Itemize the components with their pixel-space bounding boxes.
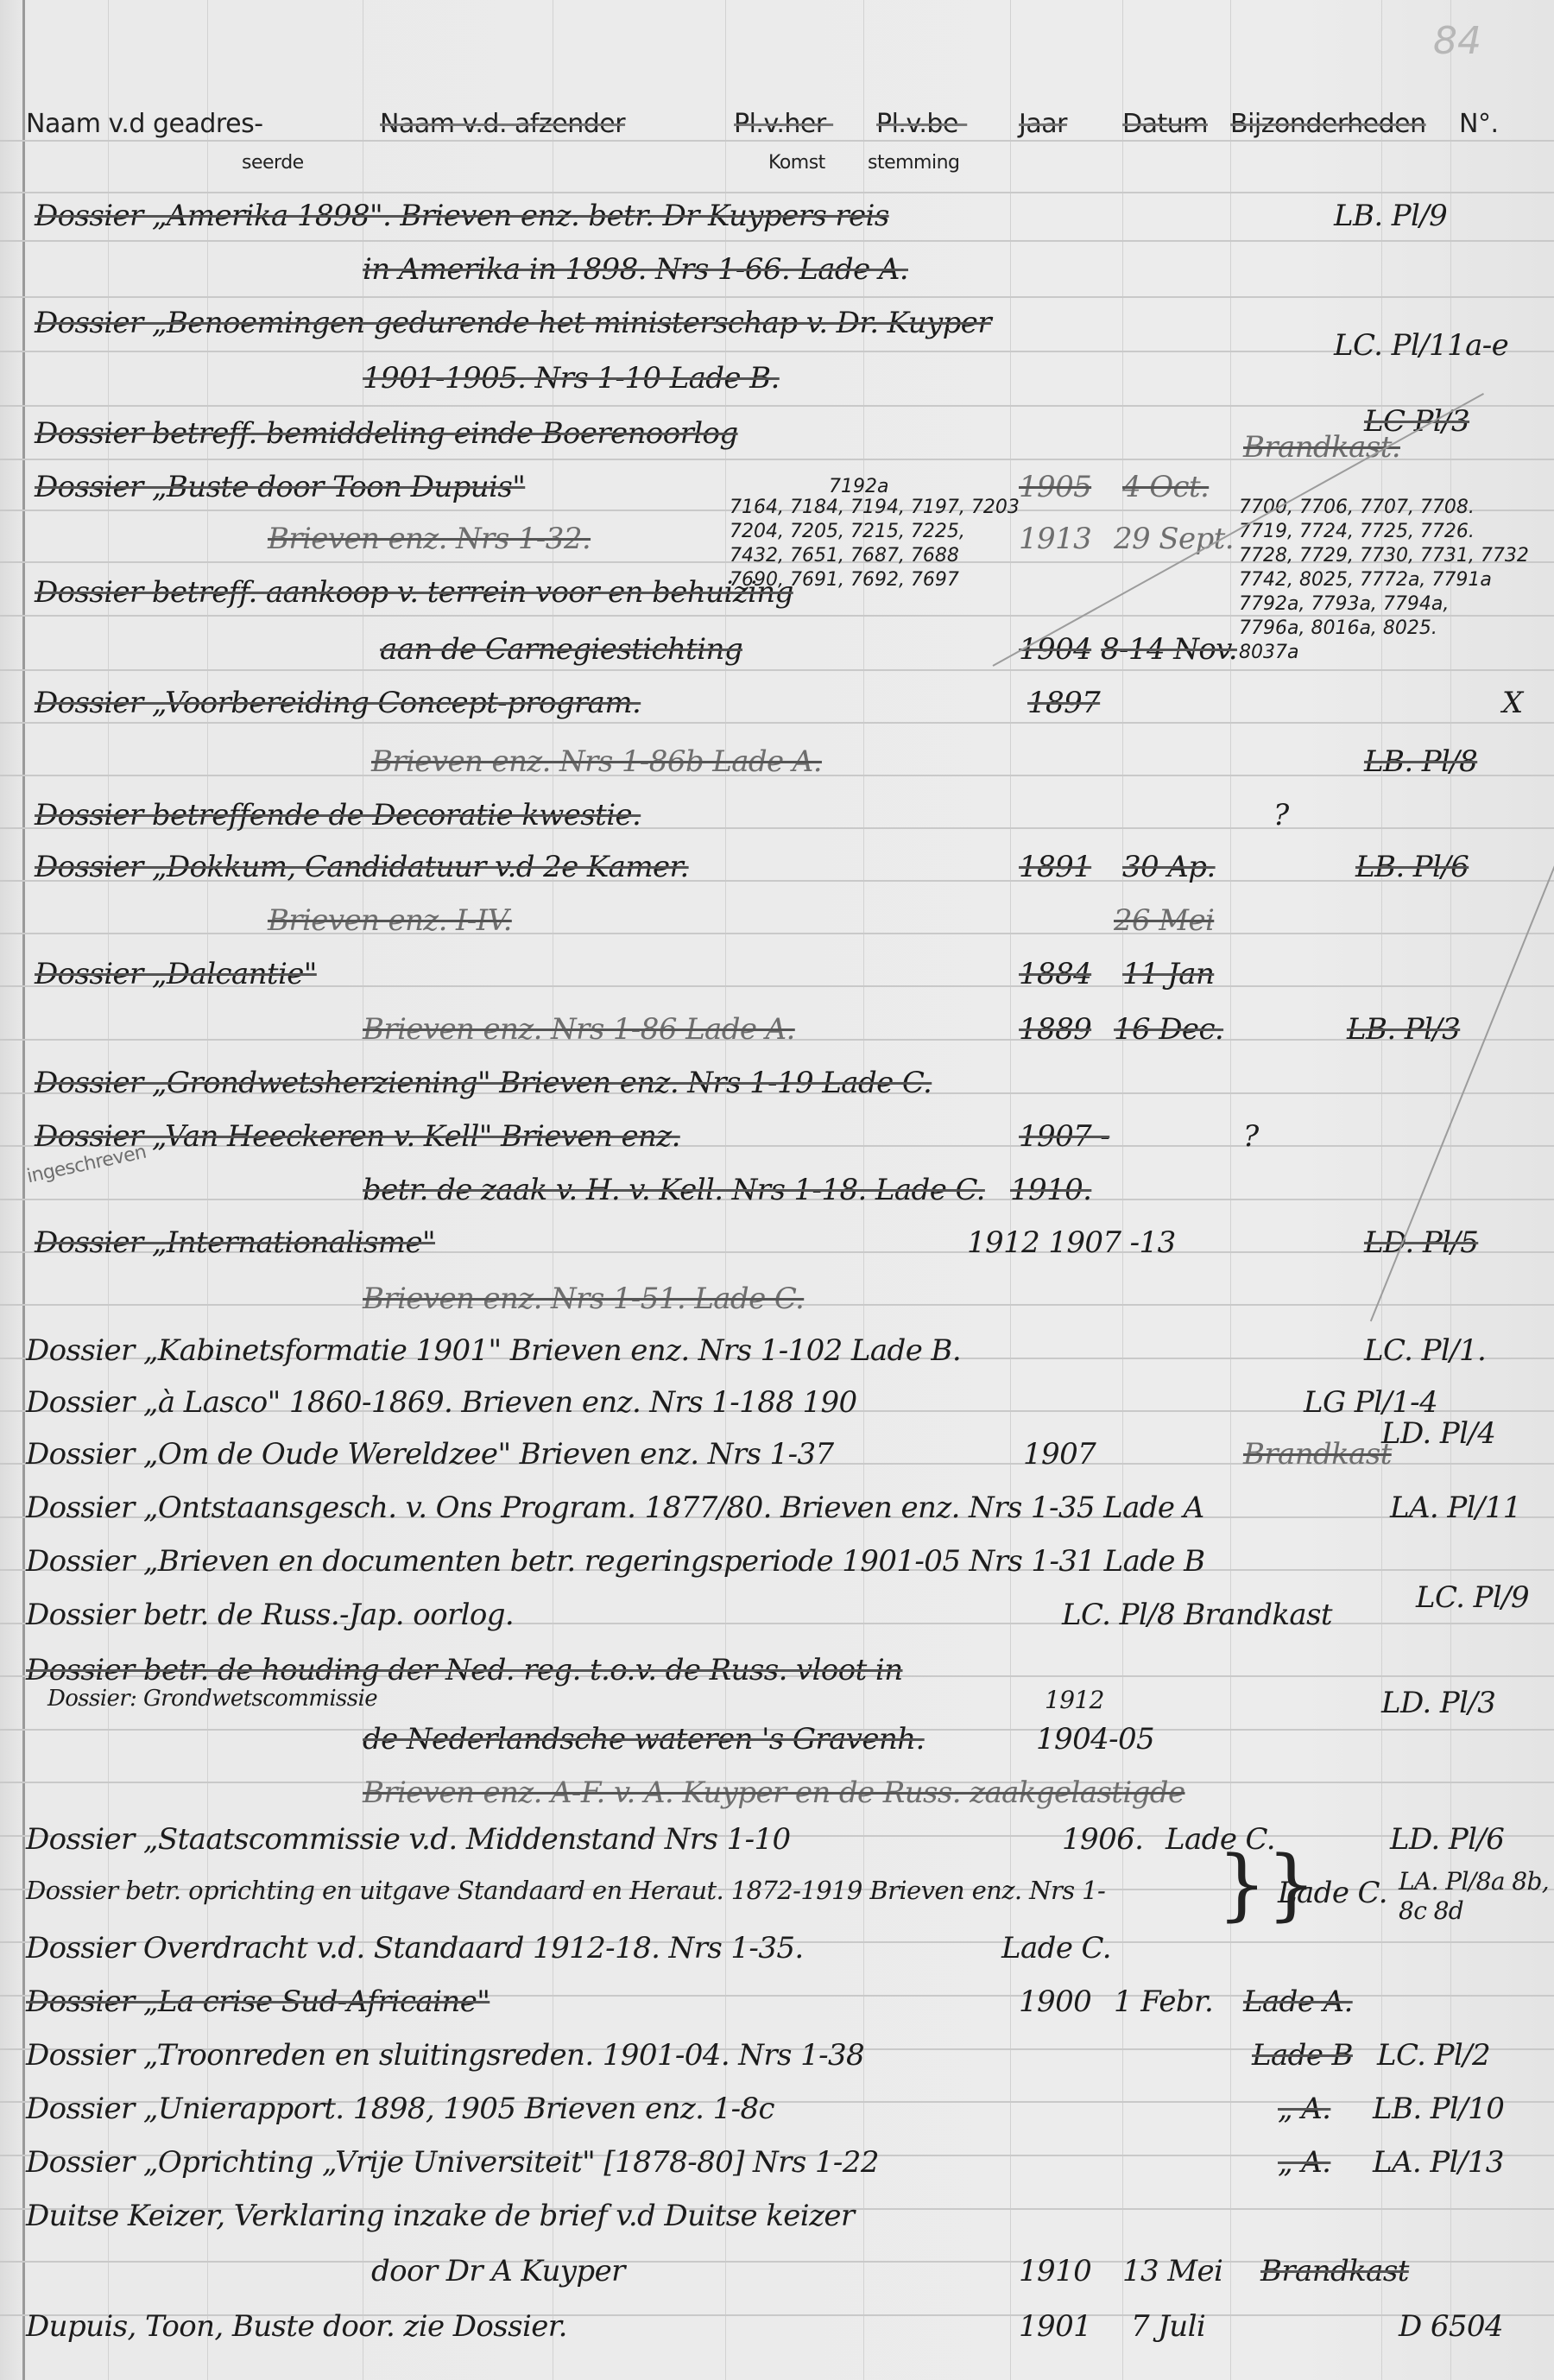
entry-date: 7 Juli (1131, 2309, 1205, 2344)
register-entry: door Dr A Kuyper 1910 13 Mei Brandkast (0, 2250, 1554, 2299)
entry-text: Dossier „Grondwetsherziening" Brieven en… (35, 1066, 932, 1100)
entry-note: „ A. (1278, 2092, 1330, 2126)
entry-year: 1901 (1019, 2309, 1091, 2344)
entry-ref: LD. Pl/6 (1390, 1822, 1504, 1857)
entry-text: Dossier „Dalcantie" (35, 957, 317, 991)
register-entry: Dossier betr. oprichting en uitgave Stan… (0, 1872, 1554, 1921)
header-geadresseerde-sub: seerde (242, 152, 304, 174)
entry-date: 16 Dec. (1114, 1012, 1223, 1047)
register-entry: Brieven enz. I-IV. 26 Mei (0, 900, 1554, 948)
curly-bracket: }} (1217, 1839, 1317, 1930)
entry-ref: LD. Pl/4 (1381, 1416, 1495, 1451)
carnegie-number-list: 7700, 7706, 7707, 7708. 7719, 7724, 7725… (1239, 496, 1529, 665)
register-entry: Dossier „Voorbereiding Concept-program. … (0, 682, 1554, 731)
header-bijzonderheden: Bijzonderheden (1230, 109, 1426, 139)
entry-ref: LD. Pl/5 (1364, 1225, 1478, 1260)
entry-text: Dossier „Oprichting „Vrije Universiteit"… (26, 2145, 879, 2180)
header-pl-herkomst-sub: Komst (768, 152, 825, 174)
entry-text: Brieven enz. Nrs 1-51. Lade C. (363, 1282, 804, 1316)
entry-text: Dossier betreff. bemiddeling einde Boere… (35, 416, 738, 451)
entry-text: Dossier „à Lasco" 1860-1869. Brieven enz… (26, 1385, 857, 1420)
header-pl-bestemming: Pl.v.be- (876, 109, 967, 139)
entry-text: Dossier „Brieven en documenten betr. reg… (26, 1544, 1205, 1579)
entry-text: Dossier „Staatscommissie v.d. Middenstan… (26, 1822, 791, 1857)
register-entry: Dossier „Dokkum, Candidatuur v.d 2e Kame… (0, 846, 1554, 895)
register-entry: Dossier „Om de Oude Wereldzee" Brieven e… (0, 1434, 1554, 1482)
entry-year: 1910. (1010, 1173, 1091, 1207)
entry-text: Duitse Keizer, Verklaring inzake de brie… (26, 2199, 855, 2233)
entry-text: Dossier „Kabinetsformatie 1901" Brieven … (26, 1333, 961, 1368)
entry-year: 1884 (1019, 957, 1091, 991)
register-entry: Dossier betreff. bemiddeling einde Boere… (0, 413, 1554, 461)
register-entry: Dossier „Oprichting „Vrije Universiteit"… (0, 2142, 1554, 2190)
header-pl-herkomst: Pl.v.her- (734, 109, 833, 139)
entry-note: „ A. (1278, 2145, 1330, 2180)
register-entry: Dossier „Kabinetsformatie 1901" Brieven … (0, 1330, 1554, 1378)
entry-note: Brandkast (1260, 2254, 1409, 2288)
entry-note: Brandkast (1243, 1437, 1392, 1472)
entry-text: in Amerika in 1898. Nrs 1-66. Lade A. (363, 252, 908, 287)
entry-year: 1910 (1019, 2254, 1091, 2288)
header-pl-bestemming-sub: stemming (868, 152, 960, 174)
entry-note: Lade B (1252, 2038, 1353, 2073)
entry-year: 1904-05 (1036, 1722, 1154, 1757)
register-entry: Dossier betr. de Russ.-Jap. oorlog. LC. … (0, 1594, 1554, 1643)
entry-text: Dossier „Dokkum, Candidatuur v.d 2e Kame… (35, 850, 689, 884)
entry-text: Dossier „Om de Oude Wereldzee" Brieven e… (26, 1437, 834, 1472)
register-entry: Dossier „Amerika 1898". Brieven enz. bet… (0, 195, 1554, 244)
entry-text: Dossier „Troonreden en sluitingsreden. 1… (26, 2038, 864, 2073)
register-entry: in Amerika in 1898. Nrs 1-66. Lade A. (0, 249, 1554, 297)
entry-text: 1901-1905. Nrs 1-10 Lade B. (363, 361, 780, 396)
entry-year: 1889 (1019, 1012, 1091, 1047)
entry-year: 1905 (1019, 470, 1091, 504)
entry-year: 1907 (1023, 1437, 1096, 1472)
entry-date: 4 Oct. (1122, 470, 1209, 504)
header-no: N°. (1459, 109, 1498, 139)
page-number: 84 (1433, 19, 1481, 63)
entry-text: Dossier „Benoemingen gedurende het minis… (35, 306, 991, 340)
register-entry: Dossier „Van Heeckeren v. Kell" Brieven … (0, 1116, 1554, 1164)
entry-date: 13 Mei (1122, 2254, 1222, 2288)
register-entry: 1901-1905. Nrs 1-10 Lade B. (0, 358, 1554, 406)
entry-year: 1897 (1027, 686, 1100, 720)
entry-text: Dossier betr. de Russ.-Jap. oorlog. (26, 1598, 514, 1632)
header-afzender: Naam v.d. afzender (380, 109, 625, 139)
entry-year: 1906. (1062, 1822, 1143, 1857)
entry-ref: LB. Pl/6 (1355, 850, 1469, 884)
entry-date: 29 Sept. (1114, 522, 1234, 556)
entry-year: 1891 (1019, 850, 1091, 884)
header-datum: Datum (1122, 109, 1208, 139)
entry-text: Dossier „Ontstaansgesch. v. Ons Program.… (26, 1491, 1204, 1525)
register-entry: Dossier „Dalcantie" 1884 11 Jan (0, 953, 1554, 1002)
entry-text: Brieven enz. Nrs 1-86b Lade A. (371, 744, 822, 779)
register-entry: Dossier „Troonreden en sluitingsreden. 1… (0, 2035, 1554, 2083)
entry-text: Dossier „La crise Sud-Africaine" (26, 1984, 490, 2019)
entry-ref: LD. Pl/3 (1381, 1686, 1495, 1720)
entry-ref: LB. Pl/9 (1334, 199, 1447, 233)
entry-ref: LG Pl/1-4 (1304, 1385, 1437, 1420)
register-entry: Dossier betreffende de Decoratie kwestie… (0, 794, 1554, 843)
entry-text: Brieven enz. Nrs 1-32. (268, 522, 591, 556)
register-entry: Brieven enz. Nrs 1-86 Lade A. 1889 16 De… (0, 1009, 1554, 1057)
register-entry: Dossier „Ontstaansgesch. v. Ons Program.… (0, 1487, 1554, 1535)
entry-text: Brieven enz. A-F. v. A. Kuyper en de Rus… (363, 1776, 1184, 1810)
register-entry: Dossier „à Lasco" 1860-1869. Brieven enz… (0, 1382, 1554, 1430)
register-page: 84 Naam v.d geadres- seerde Naam v.d. af… (0, 0, 1554, 2380)
entry-text: de Nederlandsche wateren 's Gravenh. (363, 1722, 925, 1757)
entry-text: Dossier „Buste door Toon Dupuis" (35, 470, 525, 504)
entry-year: 1904 (1019, 632, 1091, 667)
entry-text: Dossier Overdracht v.d. Standaard 1912-1… (26, 1931, 804, 1965)
register-entry: Dossier „Internationalisme" 1912 1907 -1… (0, 1222, 1554, 1270)
entry-date: 11 Jan (1122, 957, 1214, 991)
entry-ref: LA. Pl/13 (1373, 2145, 1504, 2180)
entry-ref: LB. Pl/8 (1364, 744, 1477, 779)
register-entry: Brieven enz. Nrs 1-51. Lade C. (0, 1278, 1554, 1326)
entry-year: 1912 (1045, 1686, 1104, 1714)
column-header: Naam v.d geadres- seerde Naam v.d. afzen… (26, 109, 1545, 187)
entry-ref: LB. Pl/3 (1347, 1012, 1460, 1047)
entry-text: Dossier: Grondwetscommissie (47, 1686, 377, 1712)
register-entry: Dossier „Benoemingen gedurende het minis… (0, 302, 1554, 351)
entry-date: 30 Ap. (1122, 850, 1216, 884)
entry-ref: D 6504 (1399, 2309, 1503, 2344)
entry-date: 26 Mei (1114, 903, 1214, 938)
register-entry: Duitse Keizer, Verklaring inzake de brie… (0, 2195, 1554, 2244)
entry-text: Dossier „Internationalisme" (35, 1225, 435, 1260)
register-entry: Dossier Overdracht v.d. Standaard 1912-1… (0, 1927, 1554, 1976)
header-jaar: Jaar (1019, 109, 1067, 139)
entry-ref: LC. Pl/1. (1364, 1333, 1486, 1368)
entry-text: Brieven enz. I-IV. (268, 903, 512, 938)
entry-year: 1912 1907 -13 (967, 1225, 1176, 1260)
register-entry: Dossier „Brieven en documenten betr. reg… (0, 1541, 1554, 1589)
entry-ref: LA. Pl/11 (1390, 1491, 1521, 1525)
entry-ref: X (1502, 686, 1523, 720)
entry-note: ? (1243, 1119, 1259, 1154)
entry-text: door Dr A Kuyper (371, 2254, 625, 2288)
entry-date: 1 Febr. (1114, 1984, 1213, 2019)
register-entry: Brieven enz. A-F. v. A. Kuyper en de Rus… (0, 1772, 1554, 1820)
entry-text: Dupuis, Toon, Buste door. zie Dossier. (26, 2309, 567, 2344)
ruled-line (0, 351, 1554, 352)
entry-ref: LC. Pl/9 (1416, 1580, 1529, 1615)
entry-text: aan de Carnegiestichting (380, 632, 742, 667)
entry-ref: LA. Pl/8a 8b, 8c 8d (1399, 1867, 1550, 1926)
entry-text: Dossier betreff. aankoop v. terrein voor… (35, 575, 793, 610)
entry-note: ? (1273, 798, 1289, 832)
entry-year: 1913 (1019, 522, 1091, 556)
register-entry: betr. de zaak v. H. v. Kell. Nrs 1-18. L… (0, 1169, 1554, 1218)
entry-year: 1907 - (1019, 1119, 1109, 1154)
entry-text: betr. de zaak v. H. v. Kell. Nrs 1-18. L… (363, 1173, 985, 1207)
entry-ref: LB. Pl/10 (1373, 2092, 1504, 2126)
header-geadresseerde: Naam v.d geadres- (26, 109, 263, 139)
register-entry: Dossier „Grondwetsherziening" Brieven en… (0, 1062, 1554, 1111)
register-entry: Brieven enz. Nrs 1-86b Lade A. LB. Pl/8 (0, 741, 1554, 789)
register-entry: Dossier „Unierapport. 1898, 1905 Brieven… (0, 2088, 1554, 2136)
entry-text: Dossier „Voorbereiding Concept-program. (35, 686, 641, 720)
entry-text: Dossier „Amerika 1898". Brieven enz. bet… (35, 199, 889, 233)
register-entry: Dupuis, Toon, Buste door. zie Dossier. 1… (0, 2306, 1554, 2354)
entry-text: Brieven enz. Nrs 1-86 Lade A. (363, 1012, 795, 1047)
entry-date: 8-14 Nov. (1101, 632, 1237, 667)
register-entry: de Nederlandsche wateren 's Gravenh. 190… (0, 1719, 1554, 1767)
entry-note: LC. Pl/8 Brandkast (1062, 1598, 1332, 1632)
entry-note: Lade A. (1243, 1984, 1353, 2019)
ruled-line (0, 192, 1554, 193)
entry-ref: LC. Pl/2 (1377, 2038, 1490, 2073)
register-entry: Dossier „Staatscommissie v.d. Middenstan… (0, 1819, 1554, 1867)
entry-year: 1900 (1019, 1984, 1091, 2019)
entry-date: Lade C. (1001, 1931, 1111, 1965)
dupuis-number-list: 7164, 7184, 7194, 7197, 7203 7204, 7205,… (730, 496, 1020, 592)
register-entry: Dossier „La crise Sud-Africaine" 1900 1 … (0, 1981, 1554, 2029)
entry-text: Dossier betreffende de Decoratie kwestie… (35, 798, 641, 832)
entry-text: Dossier „Unierapport. 1898, 1905 Brieven… (26, 2092, 774, 2126)
entry-text: Dossier betr. oprichting en uitgave Stan… (26, 1876, 1105, 1905)
